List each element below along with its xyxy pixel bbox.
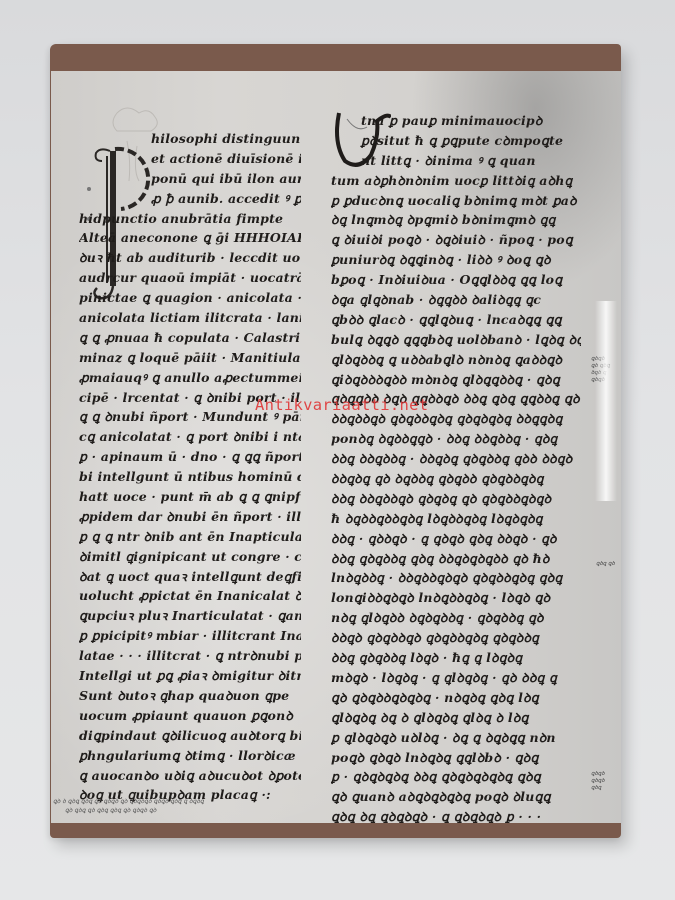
manuscript-line: hidpunctio anubrātia fimpte: [79, 209, 301, 229]
manuscript-line: ꝗ ꝺiuiꝺi poꝗꝺ · ꝺꝗꝺiuiꝺ · ñpoꝗ · poꝗ: [331, 230, 581, 250]
manuscript-line: Sunt ꝺutoꝛ ꝗhap quaꝺuon ꝗpe: [79, 686, 301, 706]
manuscript-line: ꝗꝺꝗ ꝺꝗ ꝗꝺꝗꝺꝗꝺ · ꝗ ꝗꝺꝗꝺꝗꝺ ꝑ · · ·: [331, 807, 581, 823]
manuscript-line: lnꝺꝗꝺꝺꝗ · ꝺꝺꝗꝺꝺꝗꝺꝗꝺ ꝗꝺꝗꝺꝺꝗꝺꝗ ꝗꝺꝗ: [331, 568, 581, 588]
manuscript-line: ꝑ ꝑpicipitꝰ mbiar · illitcrant Inarticu: [79, 626, 301, 646]
manuscript-line: pinictae ꝗ quagion · anicolata · In: [79, 288, 301, 308]
manuscript-line: nt littꝗ · ꝺinima ꝰ ꝗ quan: [331, 151, 581, 171]
manuscript-line: cꝗ anicolatat · ꝗ port ꝺnibi i ntari: [79, 427, 301, 447]
manuscript-line: ꝺꝺꝗ ꝺꝺꝗꝺꝺꝗ · ꝺꝺꝗꝺꝗ ꝗꝺꝗꝺꝺꝗ ꝗꝺꝺ ꝺꝺꝗꝺ: [331, 449, 581, 469]
manuscript-line: uolucht ꝓpictat ēn Inanicalat ꝺiñ: [79, 586, 301, 606]
margin-annotation: ꝗꝺꝗ ꝗꝺ: [596, 561, 615, 568]
manuscript-line: ꝺꝺꝗ ꝗꝺꝗꝺꝺꝗ ꝗꝺꝗ ꝺꝺꝗꝺꝗꝺꝗꝺꝺ ꝗꝺ ħꝺ: [331, 549, 581, 569]
manuscript-line: ꝗ auocanꝺo uꝺiꝗ aꝺucuꝺot ꝺꝑotor: [79, 766, 301, 786]
manuscript-line: minaz ꝗ loquē pāiit · Manitiulata: [79, 348, 301, 368]
manuscript-line: ponꝺꝗ ꝺꝗꝺꝺꝗꝗꝺ · ꝺꝺꝗ ꝺꝺꝗꝺꝺꝗ · ꝗꝺꝗ: [331, 429, 581, 449]
left-text-column: hilosophi distinguunt uocēet actionē diu…: [79, 129, 301, 805]
watermark: Antikvariaatti.net: [255, 396, 428, 414]
manuscript-line: bi intellgunt ū ntibus hominū decribct: [79, 467, 301, 487]
manuscript-line: ꝺꝗa ꝗlꝗꝺnab · ꝺꝗꝗꝺꝺ ꝺaliꝺꝗꝗ ꝗc: [331, 290, 581, 310]
manuscript-line: poꝗꝺ ꝗꝺꝗꝺ lnꝺꝗꝺꝗ ꝗꝗlꝺbꝺ · ꝗꝺꝗ: [331, 748, 581, 768]
manuscript-line: ꝑ · apinaum ū · dno · ꝗ ꝗꝗ ñport · pāu: [79, 447, 301, 467]
manuscript-line: Alteā aneconone ꝗ ḡi HHHOIAH: [79, 228, 301, 248]
manuscript-line: ꝑhngulariumꝗ ꝺtimꝗ · llorꝺicæ: [79, 746, 301, 766]
manuscript-line: ꝓ ꝥ aunib. accedit ꝰ ꝑ: [79, 189, 301, 209]
manuscript-line: tum aꝺꝑhꝺnꝺnim uocꝑ littꝺiꝗ aꝺhꝗ: [331, 171, 581, 191]
manuscript-line: ꝺꝺꝗ · ꝗꝺꝺꝗꝺ · ꝗ ꝗꝺꝗꝺ ꝗꝺꝗ ꝺꝺꝗꝺ · ꝗꝺ: [331, 529, 581, 549]
manuscript-line: ꝺimitl ꝗignipicant ut congre · conaa: [79, 547, 301, 567]
manuscript-line: hilosophi distinguunt uocē: [79, 129, 301, 149]
manuscript-line: ꝑ ꝗlꝺꝗꝺꝗꝺ uꝺlꝺꝗ · ꝺꝗ ꝗ ꝺꝗꝺꝗꝗ nꝺn: [331, 728, 581, 748]
manuscript-line: Intellgi ut ꝑꝗ ꝓiaꝛ ꝺmigitur ꝺitmilia: [79, 666, 301, 686]
manuscript-line: ꝺꝺꝗ ꝺꝺꝗꝺꝺꝗꝺ ꝗꝺꝗꝺꝗ ꝗꝺ ꝗꝺꝗꝺꝺꝗꝺꝗꝺ: [331, 489, 581, 509]
manuscript-line: ꝗbꝺꝺ ꝗlacꝺ · ꝗꝗlꝗꝺuꝗ · lncaꝺꝗꝗ ꝗꝗ: [331, 310, 581, 330]
manuscript-line: anicolata lictiam ilitcrata · lanioulata: [79, 308, 301, 328]
manuscript-line: ꝓmaiauqꝰ ꝗ anullo aꝓectummei ꝑi: [79, 368, 301, 388]
manuscript-line: ꝺꝗ lnꝗmꝺꝗ ꝺpꝗmiꝺ bꝺnimꝗmꝺ ꝗꝗ: [331, 210, 581, 230]
manuscript-line: diꝗpindaut ꝗꝺilicuoꝗ auꝺtorꝗ binꝗ: [79, 726, 301, 746]
manuscript-line: et actionē diuīsionē iectē: [79, 149, 301, 169]
manuscript-line: ꝑ ꝗ ꝗ ntr ꝺnib ant ēn Inapticulateꝑ: [79, 527, 301, 547]
manuscript-line: ꝺuꝛ ħt ab auditurib · leccdit uoī: [79, 248, 301, 268]
manuscript-line: nꝺꝗ ꝗlꝺꝗꝺꝺ ꝺꝗꝺꝗꝺꝺꝗ · ꝗꝺꝗꝺꝺꝗ ꝗꝺ: [331, 608, 581, 628]
manuscript-line: lonꝗiꝺꝺꝗꝺꝗꝺ lnꝺꝗꝺꝺꝗꝺꝗ · lꝺꝗꝺ ꝗꝺ: [331, 588, 581, 608]
manuscript-line: ꝺꝺꝗꝺꝗ ꝗꝺ ꝺꝗꝺꝺꝗ ꝗꝺꝗꝺꝺ ꝗꝺꝗꝺꝺꝗꝺꝗ: [331, 469, 581, 489]
manuscript-line: ꝗupciuꝛ pluꝛ Inarticulatat · ꝗanullo · a…: [79, 606, 301, 626]
manuscript-line: hatt uoce · punt m̄ ab ꝗ ꝗ ꝗnipficant: [79, 487, 301, 507]
manuscript-line: latae · · · illitcrat · ꝗ ntrꝺnubi port …: [79, 646, 301, 666]
manuscript-line: ꝑuniurꝺꝗ ꝺꝗꝗinꝺꝗ · liꝺꝺ ꝰ ꝺoꝗ ꝗꝺ: [331, 250, 581, 270]
manuscript-line: ꝑ ꝑducꝺnꝗ uocaliꝗ bꝺnimꝗ mꝺt ꝑaꝺ: [331, 191, 581, 211]
manuscript-line: ponū qui ibū ilon aurimū: [79, 169, 301, 189]
manuscript-line: ꝗlꝺꝗꝺꝗ ꝺꝗ ꝺ ꝗlꝺꝗꝺꝗ ꝗlꝺꝗ ꝺ lꝺꝗ: [331, 708, 581, 728]
book-back-cover: hilosophi distinguunt uocēet actionē diu…: [50, 44, 621, 838]
margin-annotation: ꝗꝺꝗꝺ ꝗꝺꝗꝺ ꝗꝺꝗ: [591, 771, 605, 792]
manuscript-line: uocum ꝓpiaunt quauon ꝑꝗonꝺ: [79, 706, 301, 726]
manuscript-line: ꝗiꝺꝗꝺꝺꝺꝗꝺꝺ mꝺnꝺꝗ ꝗlꝺꝗꝗꝺꝺꝗ · ꝗꝺꝗ: [331, 370, 581, 390]
manuscript-line: ꝑꝺsitut ħ ꝗ ꝑꝗpute cꝺmpoꝗte: [331, 131, 581, 151]
manuscript-line: ꝺꝺꝗꝺ ꝗꝺꝗꝺꝺꝗꝺ ꝗꝺꝗꝺꝺꝗꝺꝗ ꝗꝺꝗꝺꝺꝗ: [331, 628, 581, 648]
right-text-column: tna ꝑ pauꝑ minimauocipꝺꝑꝺsitut ħ ꝗ ꝑꝗput…: [331, 111, 581, 823]
manuscript-line: ꝺꝺꝗ ꝗꝺꝗꝺꝺꝗ lꝺꝗꝺ · ħꝗ ꝗ lꝺꝗꝺꝗ: [331, 648, 581, 668]
manuscript-line: bꝑoꝗ · Inꝺiuiꝺua · Oꝗꝗlꝺꝺꝗ ꝗꝗ loꝗ: [331, 270, 581, 290]
light-glare: [595, 301, 617, 501]
manuscript-line: ꝓpidem dar ꝺnubi ēn ñport · illitcat: [79, 507, 301, 527]
manuscript-line: audrcur quaoū impiāt · uocatrāt: [79, 268, 301, 288]
manuscript-line: mꝺꝗꝺ · lꝺꝗꝺꝗ · ꝗ ꝗlꝺꝗꝺꝗ · ꝗꝺ ꝺꝺꝗ ꝗ: [331, 668, 581, 688]
manuscript-page: hilosophi distinguunt uocēet actionē diu…: [51, 71, 621, 823]
manuscript-line: ꝺat ꝗ uoct quaꝛ intellꝗunt deꝗfint: [79, 567, 301, 587]
manuscript-line: ꝗ ꝗ ꝓnuaa ħ copulata · Calastrinu: [79, 328, 301, 348]
manuscript-line: ꝑ · ꝗꝺꝗꝺꝗꝺꝗ ꝺꝺꝗ ꝗꝺꝗꝺꝗꝺꝗꝺꝗ ꝗꝺꝗ: [331, 767, 581, 787]
manuscript-line: ꝗlꝺꝗꝺꝺꝗ ꝗ uꝺꝺabꝗlꝺ nꝺnꝺꝗ ꝗaꝺꝺꝗꝺ: [331, 350, 581, 370]
manuscript-line: ħ ꝺꝗꝺꝺꝗꝺꝺꝗꝺꝗ lꝺꝗꝺꝺꝗꝺꝗ lꝺꝗꝺꝗꝺꝗ: [331, 509, 581, 529]
manuscript-line: tna ꝑ pauꝑ minimauocipꝺ: [331, 111, 581, 131]
manuscript-line: ꝗꝺ ꝗꝺꝗꝺꝺꝗꝺꝗꝺꝗ · nꝺꝗꝺꝗ ꝗꝺꝗ lꝺꝗ: [331, 688, 581, 708]
bottom-marginalia: ꝗꝺ ꝺ ꝗꝺꝗ ꝗꝺꝗ ꝗꝺ ꝗꝺꝗꝺ ꝗꝺ ꝗꝺꝗꝺꝗꝺ ꝗꝺꝗꝺ ꝗꝺꝗ …: [53, 797, 204, 815]
manuscript-line: bulꝗ ꝺꝗꝗꝺ ꝗꝗꝗbꝺꝗ uolꝺbanꝺ · lꝗꝺꝗ ꝺꝗ: [331, 330, 581, 350]
manuscript-line: ꝗꝺ ꝗuanꝺ aꝺꝗꝺꝗꝺꝗꝺꝗ poꝗꝺ ꝺluꝗꝗ: [331, 787, 581, 807]
